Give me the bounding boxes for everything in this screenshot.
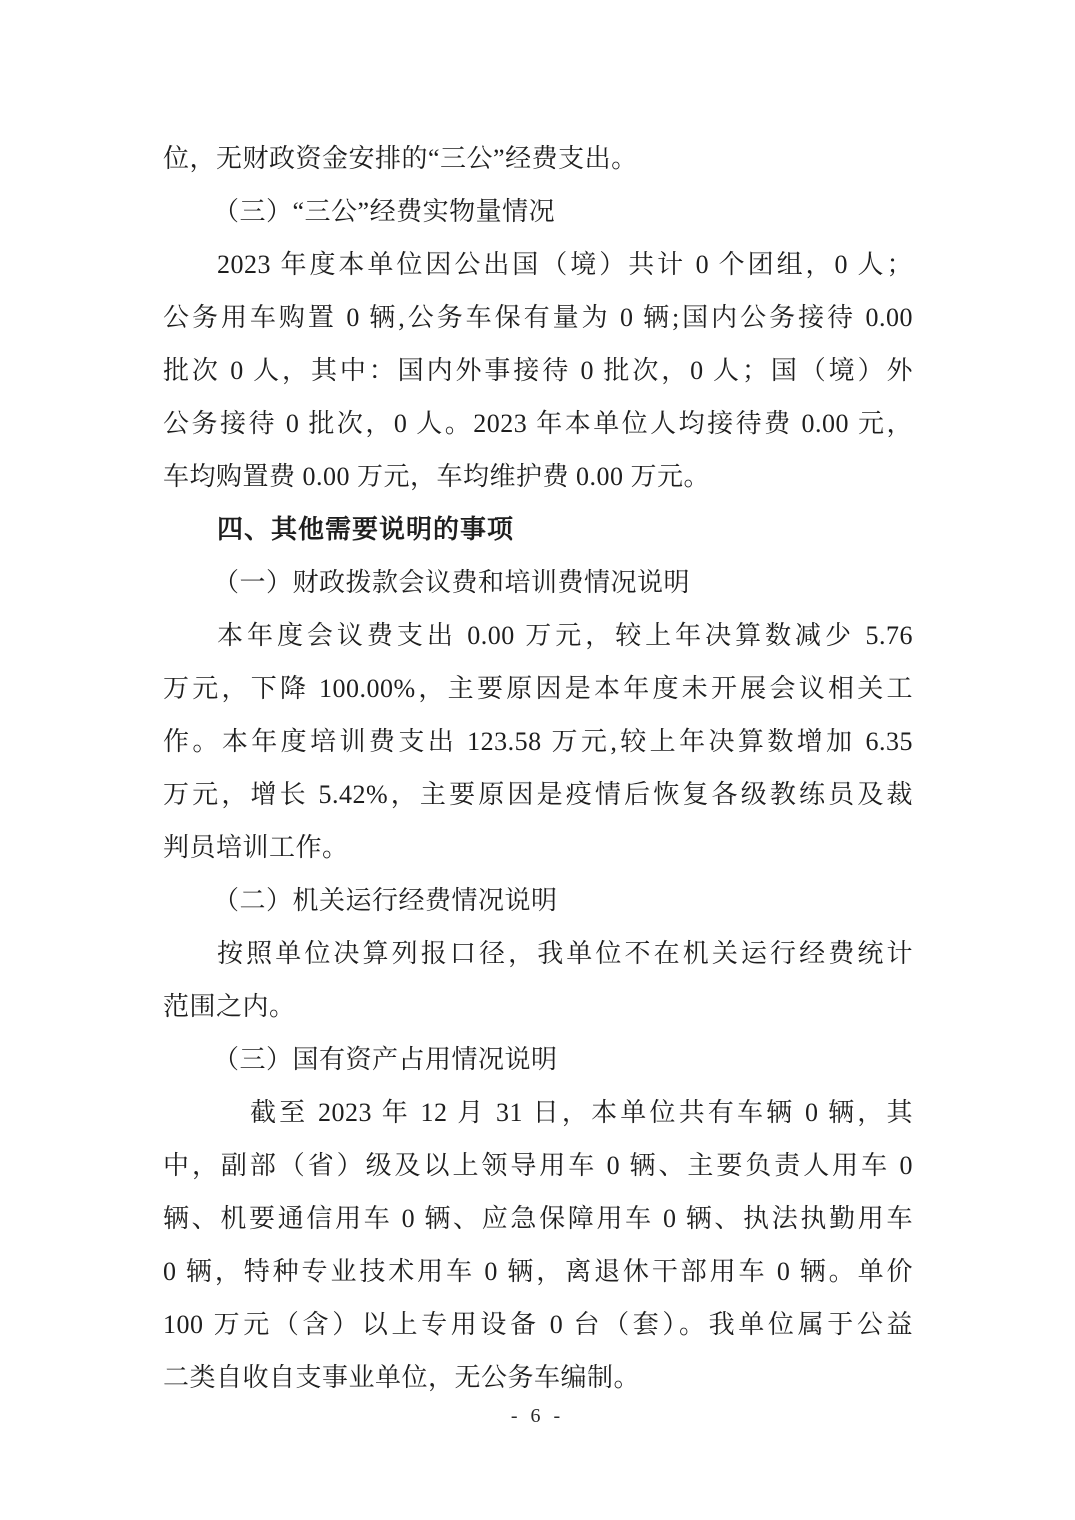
text-line: 万元，下降 100.00%，主要原因是本年度未开展会议相关工: [163, 662, 913, 715]
text-line: 100 万元（含）以上专用设备 0 台（套）。我单位属于公益: [163, 1298, 913, 1351]
text-line: 位，无财政资金安排的“三公”经费支出。: [163, 132, 913, 185]
text-line: 车均购置费 0.00 万元，车均维护费 0.00 万元。: [163, 450, 913, 503]
text-line: 万元，增长 5.42%，主要原因是疫情后恢复各级教练员及裁: [163, 768, 913, 821]
text-line: 截至 2023 年 12 月 31 日，本单位共有车辆 0 辆，其: [163, 1086, 913, 1139]
text-line: 公务用车购置 0 辆,公务车保有量为 0 辆;国内公务接待 0.00: [163, 291, 913, 344]
subsection-heading: （三）“三公”经费实物量情况: [163, 185, 913, 238]
document-page: 位，无财政资金安排的“三公”经费支出。（三）“三公”经费实物量情况2023 年度…: [0, 0, 1075, 1520]
text-line: 2023 年度本单位因公出国（境）共计 0 个团组，0 人；: [163, 238, 913, 291]
text-line: 辆、机要通信用车 0 辆、应急保障用车 0 辆、执法执勤用车: [163, 1192, 913, 1245]
text-line: 本年度会议费支出 0.00 万元，较上年决算数减少 5.76: [163, 609, 913, 662]
text-line: 中，副部（省）级及以上领导用车 0 辆、主要负责人用车 0: [163, 1139, 913, 1192]
text-line: 0 辆，特种专业技术用车 0 辆，离退休干部用车 0 辆。单价: [163, 1245, 913, 1298]
section-heading: 四、其他需要说明的事项: [163, 503, 913, 556]
text-line: 公务接待 0 批次，0 人。2023 年本单位人均接待费 0.00 元，: [163, 397, 913, 450]
text-line: 作。本年度培训费支出 123.58 万元,较上年决算数增加 6.35: [163, 715, 913, 768]
text-line: 二类自收自支事业单位，无公务车编制。: [163, 1351, 913, 1404]
subsection-heading: （一）财政拨款会议费和培训费情况说明: [163, 556, 913, 609]
page-number: - 6 -: [0, 1405, 1075, 1428]
document-body: 位，无财政资金安排的“三公”经费支出。（三）“三公”经费实物量情况2023 年度…: [163, 132, 913, 1404]
text-line: 判员培训工作。: [163, 821, 913, 874]
text-line: 按照单位决算列报口径，我单位不在机关运行经费统计: [163, 927, 913, 980]
text-line: 范围之内。: [163, 980, 913, 1033]
text-line: 批次 0 人，其中：国内外事接待 0 批次，0 人；国（境）外: [163, 344, 913, 397]
subsection-heading: （二）机关运行经费情况说明: [163, 874, 913, 927]
subsection-heading: （三）国有资产占用情况说明: [163, 1033, 913, 1086]
